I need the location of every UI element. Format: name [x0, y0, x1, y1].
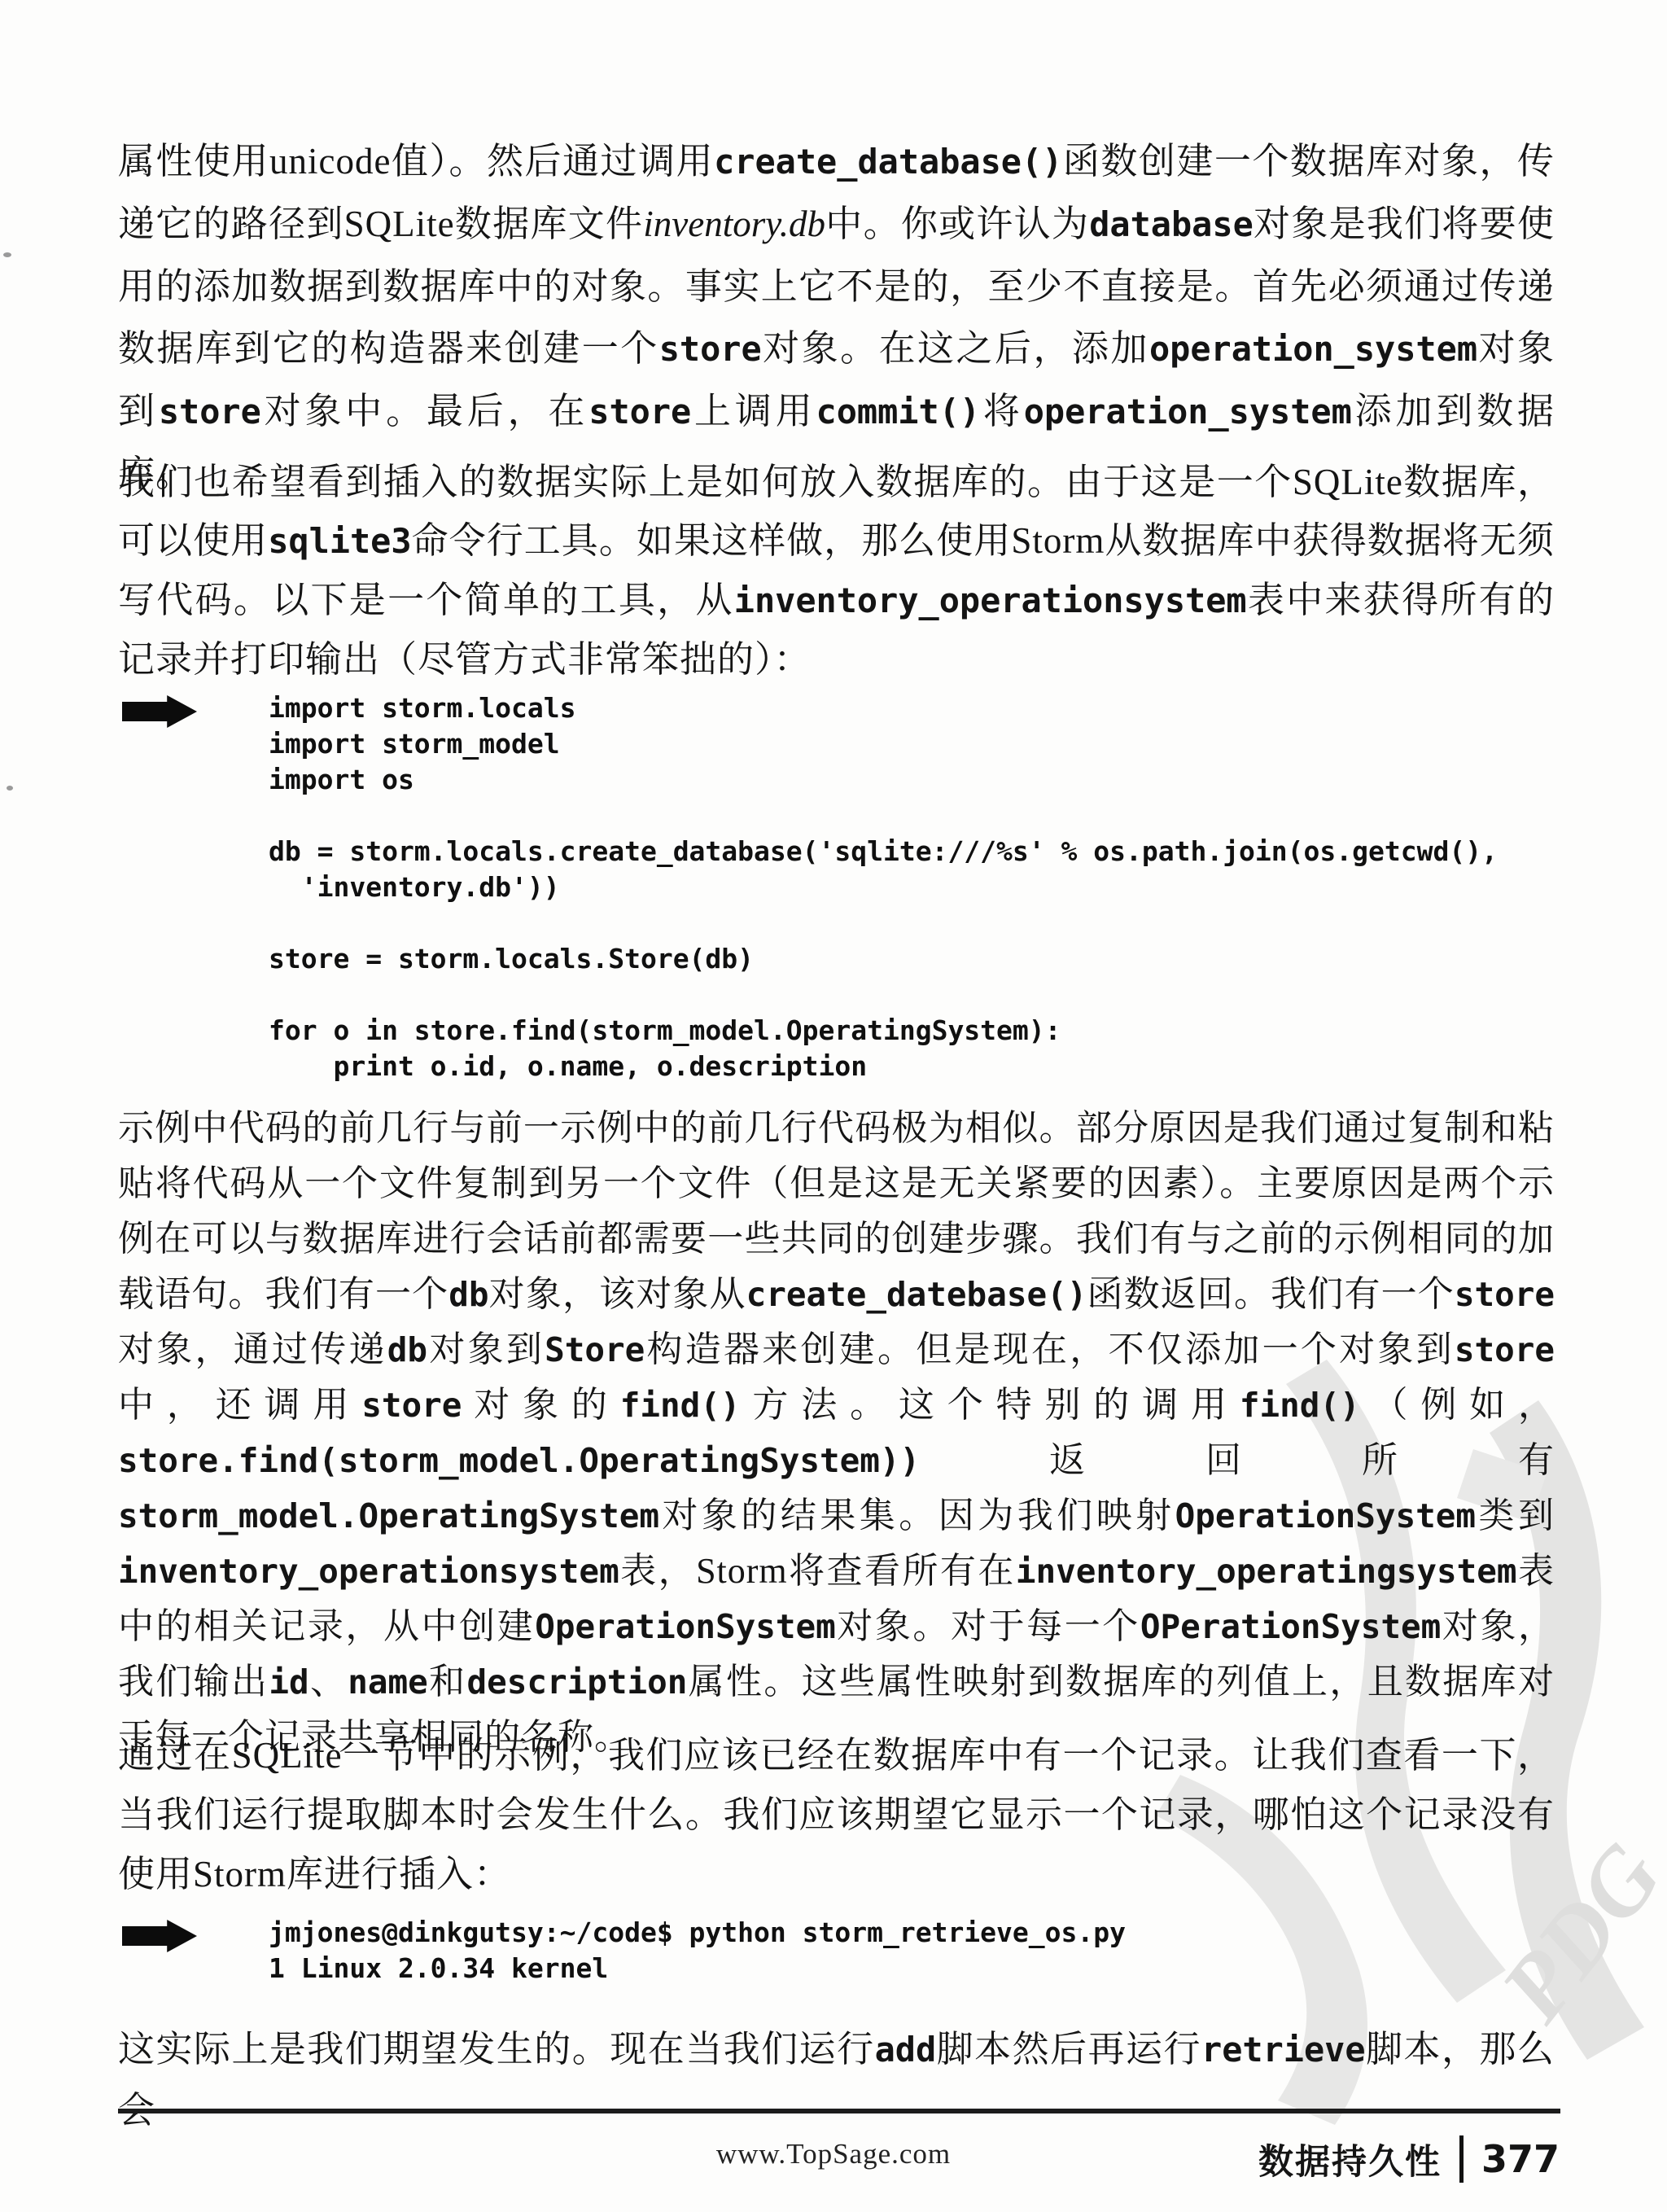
footer-divider [118, 2109, 1560, 2113]
inline-code: OPerationSystem [1140, 1607, 1441, 1646]
inline-code: db [448, 1275, 488, 1314]
inline-code: create_database() [714, 142, 1062, 182]
footer-section-title: 数据持久性 [1258, 2135, 1442, 2184]
code-marker-arrow-icon [122, 1920, 197, 1952]
paragraph: 示例中代码的前几行与前一示例中的前几行代码极为相似。部分原因是我们通过复制和粘贴… [118, 1101, 1555, 1765]
text-run: 类到 [1476, 1496, 1555, 1535]
text-run: 对象。在这之后，添加 [762, 328, 1149, 369]
text-run: 构造器来创建。但是现在，不仅添加一个对象到 [645, 1329, 1455, 1369]
text-run: 方法。这个特别的调用 [741, 1385, 1240, 1425]
text-run: inventory.db [643, 204, 825, 244]
text-run: 中。你或许认为 [825, 204, 1089, 244]
inline-code: retrieve [1201, 2030, 1366, 2070]
code-block: jmjones@dinkgutsy:~/code$ python storm_r… [118, 1915, 1555, 1986]
inline-code: store [1455, 1275, 1555, 1314]
scan-speck [3, 252, 11, 257]
page-footer: www.TopSage.com 数据持久性 377 [0, 2127, 1667, 2192]
scan-speck [7, 786, 13, 791]
inline-code: store [588, 392, 691, 431]
inline-code: store [361, 1386, 462, 1425]
paragraph: 属性使用unicode值）。然后通过调用create_database()函数创… [118, 130, 1555, 505]
text-run: 对象中。最后，在 [261, 391, 588, 431]
paragraph: 这实际上是我们期望发生的。现在当我们运行add脚本然后再运行retrieve脚本… [118, 2019, 1555, 2140]
inline-code: store [659, 329, 762, 369]
inline-code: store [159, 392, 261, 431]
book-page: PDG 属性使用unicode值）。然后通过调用create_database(… [0, 0, 1667, 2212]
inline-code: OperationSystem [535, 1607, 835, 1646]
inline-code: find() [1240, 1386, 1360, 1425]
inline-code: create_datebase() [746, 1275, 1087, 1314]
inline-code: description [466, 1662, 687, 1702]
inline-code: database [1089, 204, 1254, 244]
code-marker-arrow-icon [122, 695, 197, 728]
code-text: import storm.locals import storm_model i… [269, 690, 1555, 1084]
text-run: 、 [309, 1662, 348, 1702]
inline-code: commit() [816, 392, 981, 431]
text-run: 函数返回。我们有一个 [1087, 1274, 1455, 1314]
text-run: 对象的结果集。因为我们映射 [659, 1496, 1175, 1535]
inline-code: OperationSystem [1175, 1496, 1476, 1535]
code-text: jmjones@dinkgutsy:~/code$ python storm_r… [269, 1915, 1555, 1986]
text-run: 上调用 [691, 391, 816, 431]
inline-code: Store [545, 1330, 645, 1369]
text-run: 中，还调用 [118, 1385, 361, 1425]
text-run: 对象的 [462, 1385, 619, 1425]
inline-code: add [875, 2030, 937, 2070]
text-run: 对象到 [427, 1329, 545, 1369]
footer-page-number: 377 [1481, 2137, 1560, 2181]
inline-code: find() [620, 1386, 741, 1425]
inline-code: operation_system [1024, 392, 1352, 431]
code-block: import storm.locals import storm_model i… [118, 690, 1555, 1084]
footer-separator [1459, 2135, 1464, 2183]
inline-code: operation_system [1149, 329, 1477, 369]
text-run: 属性使用unicode值）。然后通过调用 [118, 141, 714, 182]
inline-code: store [1455, 1330, 1555, 1369]
text-run: 通过在SQLite一节中的示例，我们应该已经在数据库中有一个记录。让我们查看一下… [118, 1735, 1555, 1894]
text-run: 对象，该对象从 [489, 1274, 746, 1314]
text-run: 这实际上是我们期望发生的。现在当我们运行 [118, 2029, 875, 2070]
inline-code: sqlite3 [268, 521, 411, 561]
text-run: 将 [980, 391, 1024, 431]
paragraph: 我们也希望看到插入的数据实际上是如何放入数据库的。由于这是一个SQLite数据库… [118, 453, 1555, 689]
inline-code: store.find(storm_model.OperatingSystem)) [118, 1441, 920, 1480]
inline-code: id [269, 1662, 308, 1702]
inline-code: name [348, 1662, 428, 1702]
text-run: 表，Storm将查看所有在 [619, 1551, 1016, 1591]
paragraph: 通过在SQLite一节中的示例，我们应该已经在数据库中有一个记录。让我们查看一下… [118, 1726, 1555, 1904]
text-run: 对象。对于每一个 [836, 1606, 1140, 1646]
text-run: 脚本然后再运行 [936, 2029, 1201, 2070]
text-run: （例如， [1360, 1385, 1555, 1425]
inline-code: inventory_operationsystem [734, 580, 1247, 620]
text-run: 返回所有 [920, 1440, 1555, 1480]
inline-code: inventory_operatingsystem [1016, 1552, 1517, 1591]
text-run: 对象，通过传递 [118, 1329, 387, 1369]
inline-code: db [387, 1330, 427, 1369]
footer-section-group: 数据持久性 377 [1258, 2127, 1560, 2192]
text-run: 和 [428, 1662, 467, 1702]
inline-code: storm_model.OperatingSystem [118, 1496, 659, 1535]
inline-code: inventory_operationsystem [118, 1552, 619, 1591]
